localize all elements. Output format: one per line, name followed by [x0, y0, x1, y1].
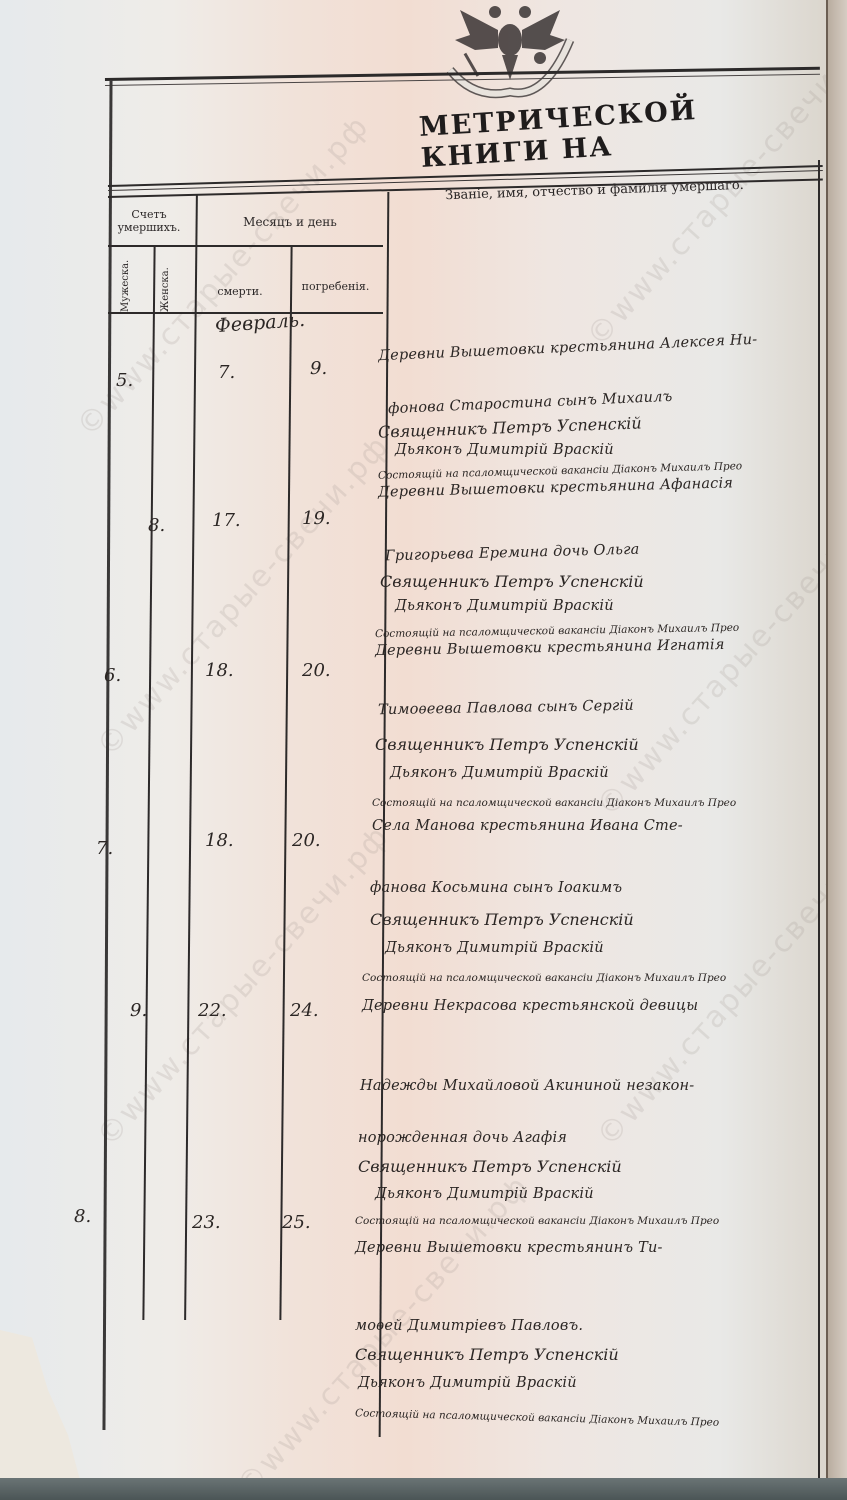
burial-header: погребенія.	[288, 280, 383, 293]
male-count: 6.	[104, 665, 121, 686]
psalmist-signature: Состоящій на псаломщической вакансіи Діа…	[355, 1215, 719, 1227]
entry-text: фанова Косьмина сынъ Іоакимъ	[370, 880, 622, 896]
male-header: Мужеска.	[120, 252, 131, 312]
female-count: 9.	[130, 1000, 147, 1021]
column-divider	[142, 245, 155, 1320]
deacon-signature: Дьяконъ Димитрій Враскій	[395, 442, 614, 458]
burial-day: 24.	[290, 1000, 319, 1021]
priest-signature: Священникъ Петръ Успенскій	[370, 910, 634, 929]
book-binding-bottom	[0, 1478, 847, 1500]
entry-text: Деревни Вышетовки крестьянина Алексея Ни…	[378, 332, 758, 365]
month-day-header: Месяцъ и день	[200, 215, 380, 229]
entry-text: моѳей Димитріевъ Павловъ.	[355, 1318, 583, 1334]
adjacent-page-edge	[826, 0, 847, 1500]
watermark: ©www.старые-свечи.рф	[90, 429, 396, 764]
burial-day: 25.	[282, 1212, 311, 1233]
male-count: 7.	[96, 838, 113, 859]
male-count: 8.	[74, 1206, 91, 1227]
priest-signature: Священникъ Петръ Успенскій	[355, 1345, 619, 1364]
header-line	[108, 245, 383, 247]
death-day: 17.	[212, 510, 241, 531]
watermark: ©www.старые-свечи.рф	[90, 819, 396, 1154]
count-header: Счетъ умершихъ.	[108, 208, 190, 234]
priest-signature: Священникъ Петръ Успенскій	[358, 1157, 622, 1176]
deacon-signature: Дьяконъ Димитрій Враскій	[390, 765, 609, 781]
priest-signature: Священникъ Петръ Успенскій	[378, 413, 642, 441]
male-count: 5.	[116, 370, 133, 391]
register-page: ©www.старые-свечи.рф ©www.старые-свечи.р…	[0, 0, 847, 1500]
death-header: смерти.	[200, 285, 280, 298]
psalmist-signature: Состоящій на псаломщической вакансіи Діа…	[362, 972, 726, 984]
entry-text: Григорьева Еремина дочь Ольга	[385, 542, 640, 565]
entry-text: Тимоѳеева Павлова сынъ Сергій	[378, 698, 634, 718]
deacon-signature: Дьяконъ Димитрій Враскій	[358, 1375, 577, 1391]
column-divider	[818, 160, 820, 1500]
entry-text: Деревни Некрасова крестьянской девицы	[362, 998, 698, 1014]
psalmist-signature: Состоящій на псаломщической вакансіи Діа…	[372, 797, 736, 809]
priest-signature: Священникъ Петръ Успенскій	[380, 572, 644, 591]
burial-day: 20.	[302, 660, 331, 681]
deacon-signature: Дьяконъ Димитрій Враскій	[385, 940, 604, 956]
burial-day: 20.	[292, 830, 321, 851]
death-day: 22.	[198, 1000, 227, 1021]
double-headed-eagle-icon	[440, 0, 580, 120]
watermark: ©www.старые-свечи.рф	[590, 489, 847, 824]
death-day: 7.	[218, 362, 235, 383]
entry-text: Села Манова крестьянина Ивана Сте-	[372, 818, 683, 834]
death-day: 23.	[192, 1212, 221, 1233]
female-header: Женска.	[160, 252, 171, 312]
column-divider	[184, 195, 197, 1320]
entry-text: Деревни Вышетовки крестьянинъ Ти-	[355, 1240, 663, 1256]
watermark: ©www.старые-свечи.рф	[590, 819, 847, 1154]
deacon-signature: Дьяконъ Димитрій Враскій	[395, 598, 614, 614]
frame-border	[102, 80, 112, 1430]
psalmist-signature: Состоящій на псаломщической вакансіи Діа…	[355, 1407, 719, 1429]
entry-text: норожденная дочь Агафія	[358, 1130, 567, 1146]
entry-text: Деревни Вышетовки крестьянина Игнатія	[375, 637, 725, 659]
death-day: 18.	[205, 660, 234, 681]
watermark: ©www.старые-свечи.рф	[70, 109, 376, 444]
torn-page-corner	[0, 1330, 80, 1480]
entry-text: Надежды Михайловой Акининой незакон-	[360, 1078, 694, 1094]
deacon-signature: Дьяконъ Димитрій Враскій	[375, 1186, 594, 1202]
column-divider	[279, 245, 292, 1320]
priest-signature: Священникъ Петръ Успенскій	[375, 735, 639, 754]
female-count: 8.	[148, 515, 165, 536]
burial-day: 19.	[302, 508, 331, 529]
burial-day: 9.	[310, 358, 327, 379]
death-day: 18.	[205, 830, 234, 851]
